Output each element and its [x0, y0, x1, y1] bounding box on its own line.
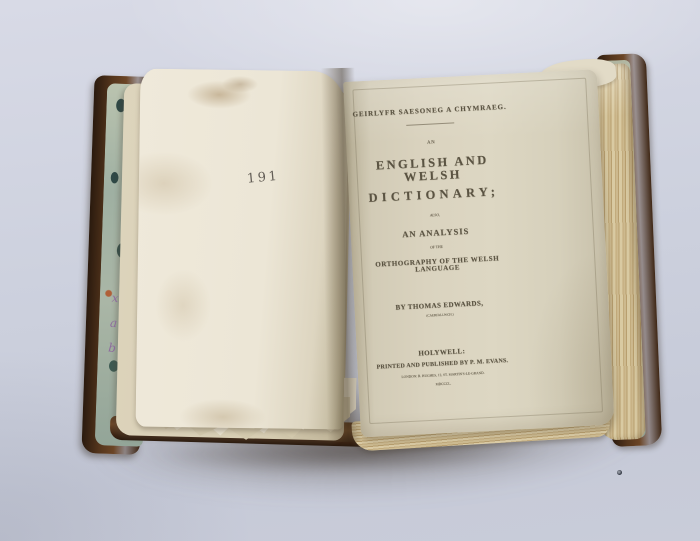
subtitle-connector: OF THE: [387, 243, 485, 252]
page-number-stamp: 191: [246, 169, 280, 187]
author-epithet: (CAERFALLWCH.): [396, 312, 483, 320]
title-connector: ALSO,: [386, 211, 484, 220]
title-page: GEIRLYFR SAESONEG A CHYMRAEG. AN ENGLISH…: [343, 69, 615, 437]
imprint-london: LONDON: R. HUGHES, 12, ST. MARTIN'S-LE-G…: [397, 371, 489, 379]
subtitle-line: AN ANALYSIS: [357, 224, 515, 240]
handwritten-mark: a: [110, 317, 119, 330]
title-line-2: DICTIONARY;: [355, 185, 513, 205]
subtitle-line-2: ORTHOGRAPHY OF THE WELSH LANGUAGE: [358, 254, 517, 276]
left-blank-page: 191: [136, 69, 349, 430]
author-line: BY THOMAS EDWARDS,: [360, 298, 518, 313]
title-article: AN: [368, 137, 494, 148]
title-line-1: ENGLISH AND WELSH: [353, 153, 512, 186]
rule-divider: [406, 122, 454, 125]
title-page-text: GEIRLYFR SAESONEG A CHYMRAEG. AN ENGLISH…: [351, 104, 523, 392]
handwritten-mark: x: [111, 292, 120, 305]
photo-scene: 191 x a b GEIRLYFR SAESONEG A CHYMRAEG. …: [0, 0, 700, 541]
dust-speck: [617, 470, 622, 475]
handwritten-mark: b: [108, 342, 117, 355]
imprint-publisher: PRINTED AND PUBLISHED BY P. M. EVANS.: [363, 357, 521, 371]
